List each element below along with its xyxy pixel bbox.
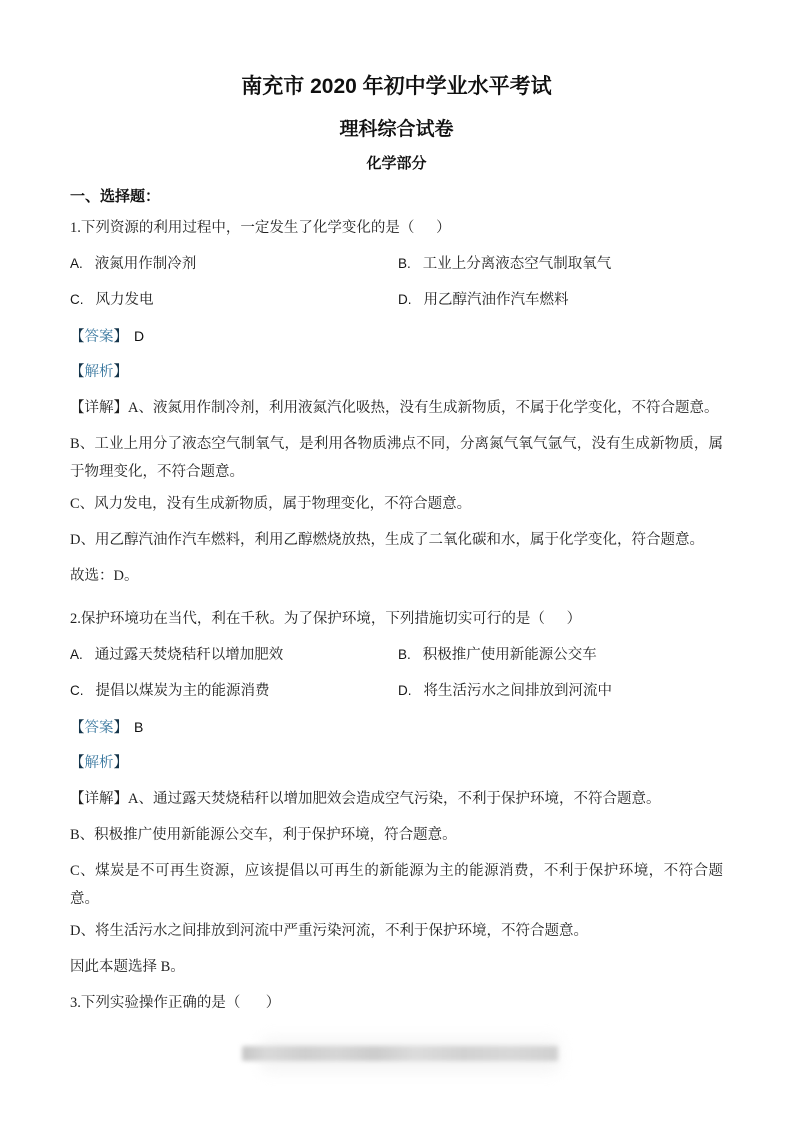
analysis-tag: 【解析】	[70, 755, 128, 771]
q2-option-a-letter: A.	[70, 647, 83, 662]
analysis-tag: 【解析】	[70, 364, 128, 380]
q1-option-c: C.风力发电	[70, 286, 398, 318]
answer-tag: 【答案】	[70, 720, 128, 736]
bracket-open: 【	[70, 329, 85, 345]
q1-options-row-1: A.液氮用作制冷剂 B.工业上分离液态空气制取氧气	[70, 248, 723, 284]
q1-option-d: D.用乙醇汽油作汽车燃料	[398, 286, 569, 318]
analysis-label: 解析	[85, 755, 114, 771]
answer-label: 答案	[85, 720, 114, 736]
bracket-close: 】	[114, 329, 129, 345]
q2-options-row-2: C.提倡以煤炭为主的能源消费 D.将生活污水之间排放到河流中	[70, 675, 723, 711]
bracket-close: 】	[114, 364, 129, 380]
q2-option-c: C.提倡以煤炭为主的能源消费	[70, 677, 398, 709]
q2-analysis-line: 【解析】	[70, 747, 723, 783]
q2-stem: 2.保护环境功在当代，利在千秋。为了保护环境，下列措施切实可行的是（ ）	[70, 603, 723, 639]
q1-option-a: A.液氮用作制冷剂	[70, 250, 398, 282]
q1-answer-value: D	[134, 328, 144, 344]
q2-option-d: D.将生活污水之间排放到河流中	[398, 677, 612, 709]
q1-detail-b: B、工业上用分了液态空气制氧气，是利用各物质沸点不同，分离氮气氧气氩气，没有生成…	[70, 428, 723, 488]
q1-detail-d: D、用乙醇汽油作汽车燃料，利用乙醇燃烧放热，生成了二氧化碳和水，属于化学变化，符…	[70, 524, 723, 560]
q2-detail-c: C、煤炭是不可再生资源，应该提倡以可再生的新能源为主的能源消费，不利于保护环境，…	[70, 855, 723, 915]
section-heading: 一、选择题：	[70, 182, 723, 212]
q2-option-a-text: 通过露天焚烧秸秆以增加肥效	[95, 647, 284, 663]
q2-detail-b: B、积极推广使用新能源公交车，利于保护环境，符合题意。	[70, 819, 723, 855]
document-subtitle: 理科综合试卷	[70, 114, 723, 141]
q1-option-b-text: 工业上分离液态空气制取氧气	[423, 256, 612, 272]
bracket-close: 】	[114, 755, 129, 771]
q1-option-a-text: 液氮用作制冷剂	[95, 256, 197, 272]
answer-tag: 【答案】	[70, 329, 128, 345]
bracket-close: 】	[114, 720, 129, 736]
exam-document-page: 南充市 2020 年初中学业水平考试 理科综合试卷 化学部分 一、选择题： 1.…	[0, 0, 793, 1122]
q2-option-d-letter: D.	[398, 683, 412, 698]
q2-option-a: A.通过露天焚烧秸秆以增加肥效	[70, 641, 398, 673]
q2-option-b-text: 积极推广使用新能源公交车	[423, 647, 597, 663]
q2-option-c-letter: C.	[70, 683, 84, 698]
analysis-label: 解析	[85, 364, 114, 380]
bracket-open: 【	[70, 364, 85, 380]
q1-option-a-letter: A.	[70, 256, 83, 271]
q1-option-d-letter: D.	[398, 292, 412, 307]
q2-answer-line: 【答案】B	[70, 711, 723, 747]
q2-answer-value: B	[134, 719, 143, 735]
chemistry-section-title: 化学部分	[70, 152, 723, 173]
q3-stem: 3.下列实验操作正确的是（ ）	[70, 987, 723, 1023]
q1-detail-c: C、风力发电，没有生成新物质，属于物理变化，不符合题意。	[70, 488, 723, 524]
q2-option-b-letter: B.	[398, 647, 411, 662]
q1-option-c-letter: C.	[70, 292, 84, 307]
q1-option-d-text: 用乙醇汽油作汽车燃料	[424, 292, 569, 308]
document-title: 南充市 2020 年初中学业水平考试	[70, 70, 723, 100]
q2-detail-d: D、将生活污水之间排放到河流中严重污染河流，不利于保护环境，不符合题意。	[70, 915, 723, 951]
q1-option-b-letter: B.	[398, 256, 411, 271]
q1-detail-a: 【详解】A、液氮用作制冷剂，利用液氮汽化吸热，没有生成新物质，不属于化学变化，不…	[70, 392, 723, 428]
answer-label: 答案	[85, 329, 114, 345]
q1-option-b: B.工业上分离液态空气制取氧气	[398, 250, 611, 282]
q2-detail-a: 【详解】A、通过露天焚烧秸秆以增加肥效会造成空气污染，不利于保护环境，不符合题意…	[70, 783, 723, 819]
q1-conclusion: 故选：D。	[70, 560, 723, 596]
q1-answer-line: 【答案】D	[70, 320, 723, 356]
bracket-open: 【	[70, 755, 85, 771]
q1-options-row-2: C.风力发电 D.用乙醇汽油作汽车燃料	[70, 284, 723, 320]
q2-option-c-text: 提倡以煤炭为主的能源消费	[96, 683, 270, 699]
bracket-open: 【	[70, 720, 85, 736]
q1-analysis-line: 【解析】	[70, 356, 723, 392]
q2-conclusion: 因此本题选择 B。	[70, 951, 723, 987]
q2-option-d-text: 将生活污水之间排放到河流中	[424, 683, 613, 699]
q2-options-row-1: A.通过露天焚烧秸秆以增加肥效 B.积极推广使用新能源公交车	[70, 639, 723, 675]
q1-stem: 1.下列资源的利用过程中，一定发生了化学变化的是（ ）	[70, 212, 723, 248]
q1-option-c-text: 风力发电	[96, 292, 154, 308]
watermark-strip	[242, 1046, 558, 1061]
q2-option-b: B.积极推广使用新能源公交车	[398, 641, 597, 673]
